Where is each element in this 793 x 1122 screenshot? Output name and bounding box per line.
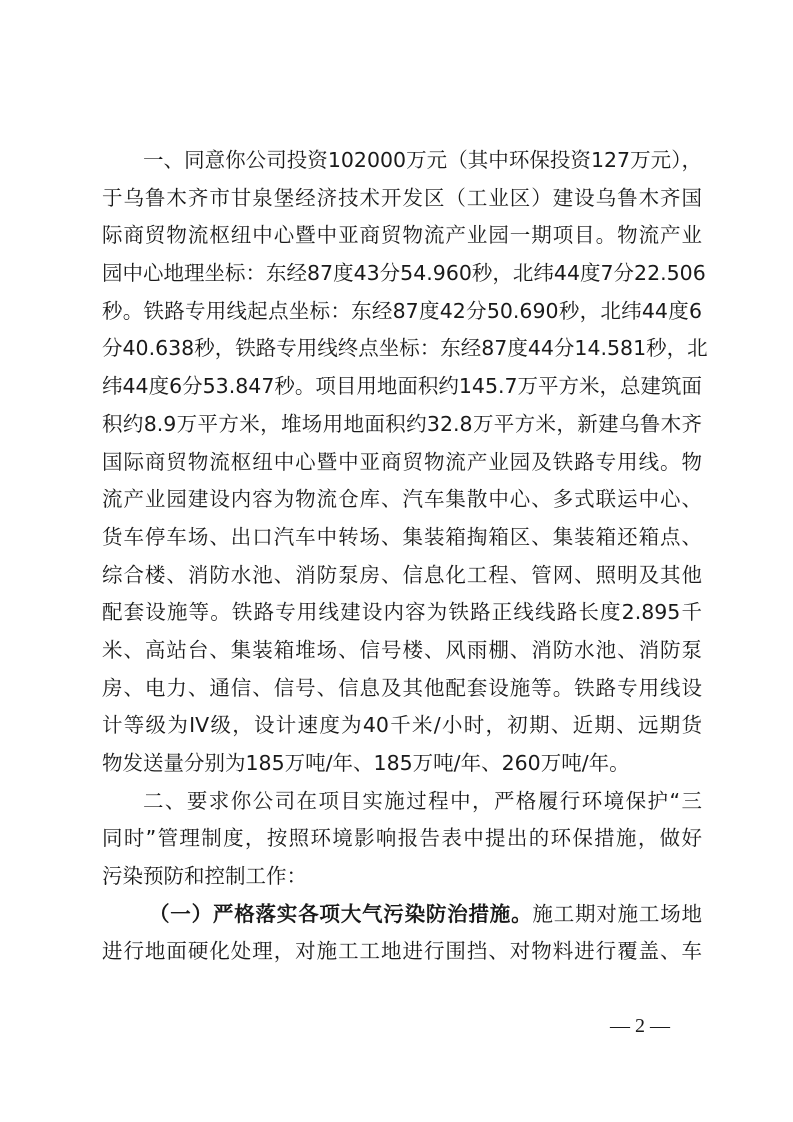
paragraph-line: （一）严格落实各项大气污染防治措施。施工期对施工场地 — [102, 896, 702, 934]
subsection-heading: （一）严格落实各项大气污染防治措施。 — [149, 902, 532, 926]
paragraph-line: 际商贸物流枢纽中心暨中亚商贸物流产业园一期项目。物流产业 — [102, 217, 702, 255]
paragraph-line: 房、电力、通信、信号、信息及其他配套设施等。铁路专用线设 — [102, 670, 702, 708]
paragraph-line: 物发送量分别为185万吨/年、185万吨/年、260万吨/年。 — [102, 745, 702, 783]
paragraph-line: 综合楼、消防水池、消防泵房、信息化工程、管网、照明及其他 — [102, 557, 702, 595]
paragraph-line: 二、要求你公司在项目实施过程中，严格履行环境保护“三 — [102, 783, 702, 821]
paragraph-line: 流产业园建设内容为物流仓库、汽车集散中心、多式联运中心、 — [102, 481, 702, 519]
paragraph-line: 计等级为IV级，设计速度为40千米/小时，初期、近期、远期货 — [102, 707, 702, 745]
document-page: 一、同意你公司投资102000万元（其中环保投资127万元）， 于乌鲁木齐市甘泉… — [0, 0, 793, 1122]
paragraph-line: 污染预防和控制工作： — [102, 858, 702, 896]
paragraph-line: 秒。铁路专用线起点坐标：东经87度42分50.690秒，北纬44度6 — [102, 293, 702, 331]
paragraph-line: 一、同意你公司投资102000万元（其中环保投资127万元）， — [102, 142, 702, 180]
page-number: — 2 — — [600, 1015, 680, 1038]
paragraph-line: 配套设施等。铁路专用线建设内容为铁路正线线路长度2.895千 — [102, 594, 702, 632]
paragraph-line: 纬44度6分53.847秒。项目用地面积约145.7万平方米，总建筑面 — [102, 368, 702, 406]
paragraph-line: 于乌鲁木齐市甘泉堡经济技术开发区（工业区）建设乌鲁木齐国 — [102, 180, 702, 218]
paragraph-line: 米、高站台、集装箱堆场、信号楼、风雨棚、消防水池、消防泵 — [102, 632, 702, 670]
document-body: 一、同意你公司投资102000万元（其中环保投资127万元）， 于乌鲁木齐市甘泉… — [102, 142, 702, 971]
paragraph-line: 货车停车场、出口汽车中转场、集装箱掏箱区、集装箱还箱点、 — [102, 519, 702, 557]
paragraph-line: 分40.638秒，铁路专用线终点坐标：东经87度44分14.581秒，北 — [102, 330, 702, 368]
paragraph-line: 园中心地理坐标：东经87度43分54.960秒，北纬44度7分22.506 — [102, 255, 702, 293]
subsection-text: 施工期对施工场地 — [532, 902, 702, 926]
paragraph-line: 国际商贸物流枢纽中心暨中亚商贸物流产业园及铁路专用线。物 — [102, 444, 702, 482]
paragraph-line: 积约8.9万平方米，堆场用地面积约32.8万平方米，新建乌鲁木齐 — [102, 406, 702, 444]
paragraph-line: 同时”管理制度，按照环境影响报告表中提出的环保措施，做好 — [102, 820, 702, 858]
paragraph-line: 进行地面硬化处理，对施工工地进行围挡、对物料进行覆盖、车 — [102, 933, 702, 971]
